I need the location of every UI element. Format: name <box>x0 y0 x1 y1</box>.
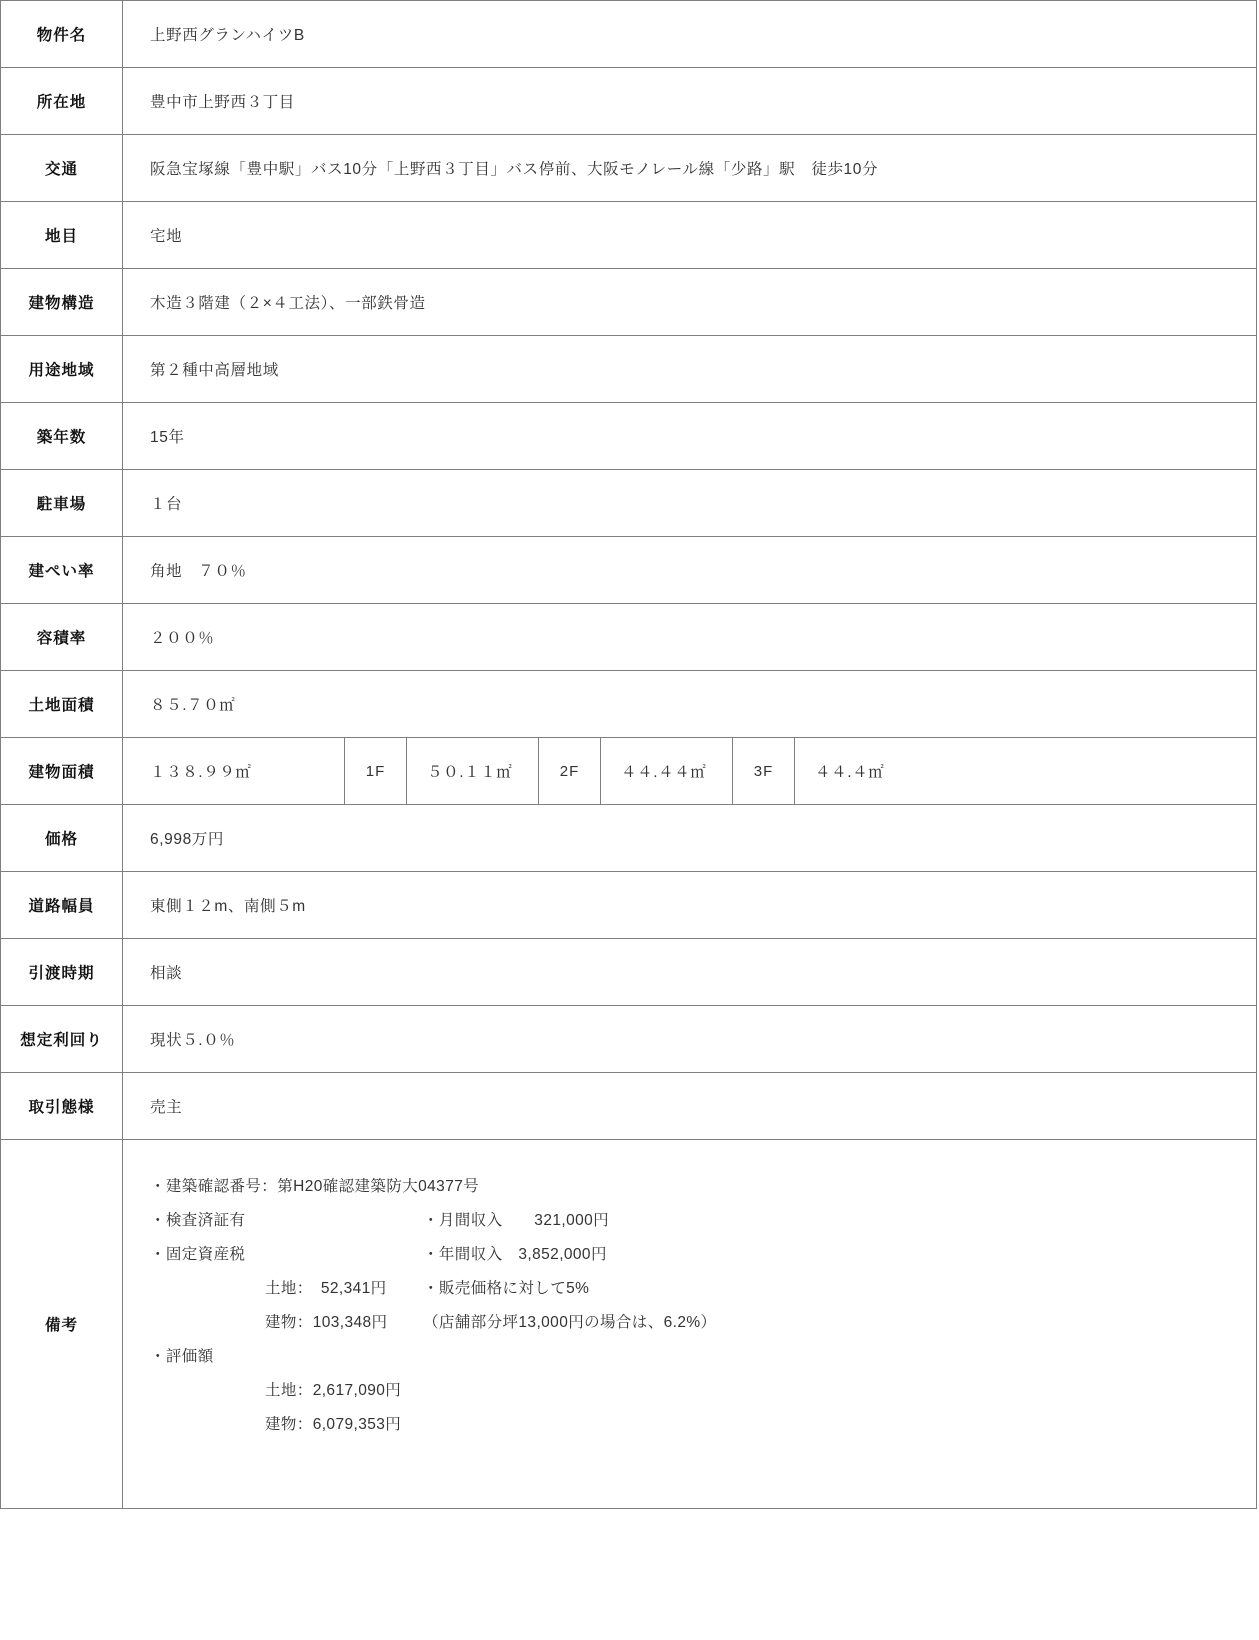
table-row-coverage-ratio: 建ぺい率 角地 ７０％ <box>1 537 1256 604</box>
remark-right: （店舗部分坪13,000円の場合は、6.2%） <box>423 1306 1240 1340</box>
table-row-building-area: 建物面積 １３８.９９㎡ 1F ５０.１１㎡ 2F ４４.４４㎡ 3F ４４.４… <box>1 738 1256 805</box>
row-label: 土地面積 <box>1 671 123 737</box>
row-label: 道路幅員 <box>1 872 123 938</box>
remark-line: 建物：6,079,353円 <box>150 1408 1240 1442</box>
table-row-land-category: 地目 宅地 <box>1 202 1256 269</box>
table-row-building-age: 築年数 15年 <box>1 403 1256 470</box>
floor-area-3f: ４４.４㎡ <box>795 738 1256 804</box>
row-label: 建物面積 <box>1 738 123 804</box>
table-row-remarks: 備考 ・建築確認番号：第H20確認建築防大04377号 ・検査済証有 ・月間収入… <box>1 1140 1256 1508</box>
floor-label-3f: 3F <box>733 738 795 804</box>
row-value: 15年 <box>123 403 1256 469</box>
remarks-content: ・建築確認番号：第H20確認建築防大04377号 ・検査済証有 ・月間収入 32… <box>123 1140 1256 1508</box>
row-value: 木造３階建（２×４工法）、一部鉄骨造 <box>123 269 1256 335</box>
row-value: 6,998万円 <box>123 805 1256 871</box>
row-value: ８５.７０㎡ <box>123 671 1256 737</box>
row-label: 建ぺい率 <box>1 537 123 603</box>
remark-line: ・評価額 <box>150 1340 1240 1374</box>
row-label: 地目 <box>1 202 123 268</box>
row-label: 交通 <box>1 135 123 201</box>
remark-left: ・評価額 <box>150 1340 423 1374</box>
remark-line: ・建築確認番号：第H20確認建築防大04377号 <box>150 1170 1240 1204</box>
remark-right <box>423 1408 1240 1442</box>
row-label: 所在地 <box>1 68 123 134</box>
table-row-location: 所在地 豊中市上野西３丁目 <box>1 68 1256 135</box>
table-row-expected-yield: 想定利回り 現状５.０％ <box>1 1006 1256 1073</box>
remark-left: 建物：6,079,353円 <box>150 1408 423 1442</box>
remark-left: 土地： 52,341円 <box>150 1272 423 1306</box>
remark-line: 土地：2,617,090円 <box>150 1374 1240 1408</box>
floor-area-2f: ４４.４４㎡ <box>601 738 733 804</box>
row-label: 価格 <box>1 805 123 871</box>
property-sheet-page: { "table": { "rows": [ { "label": "物件名",… <box>0 0 1259 1640</box>
row-value: 角地 ７０％ <box>123 537 1256 603</box>
row-label: 用途地域 <box>1 336 123 402</box>
table-row-property-name: 物件名 上野西グランハイツB <box>1 1 1256 68</box>
remark-line: 土地： 52,341円 ・販売価格に対して5% <box>150 1272 1240 1306</box>
remark-line: ・検査済証有 ・月間収入 321,000円 <box>150 1204 1240 1238</box>
remark-right <box>423 1374 1240 1408</box>
row-label: 取引態様 <box>1 1073 123 1139</box>
property-table: 物件名 上野西グランハイツB 所在地 豊中市上野西３丁目 交通 阪急宝塚線「豊中… <box>0 0 1257 1509</box>
remark-left: 土地：2,617,090円 <box>150 1374 423 1408</box>
row-value: ２００％ <box>123 604 1256 670</box>
table-row-transaction-type: 取引態様 売主 <box>1 1073 1256 1140</box>
remark-line: ・固定資産税 ・年間収入 3,852,000円 <box>150 1238 1240 1272</box>
floor-label-2f: 2F <box>539 738 601 804</box>
row-label: 物件名 <box>1 1 123 67</box>
remark-right: ・年間収入 3,852,000円 <box>423 1238 1240 1272</box>
remark-right <box>423 1170 1240 1204</box>
row-value: 現状５.０％ <box>123 1006 1256 1072</box>
row-label: 引渡時期 <box>1 939 123 1005</box>
table-row-parking: 駐車場 １台 <box>1 470 1256 537</box>
table-row-transport: 交通 阪急宝塚線「豊中駅」バス10分「上野西３丁目」バス停前、大阪モノレール線「… <box>1 135 1256 202</box>
row-value: 宅地 <box>123 202 1256 268</box>
floor-label-1f: 1F <box>345 738 407 804</box>
row-value: １台 <box>123 470 1256 536</box>
row-value: 上野西グランハイツB <box>123 1 1256 67</box>
row-label: 容積率 <box>1 604 123 670</box>
remark-right: ・月間収入 321,000円 <box>423 1204 1240 1238</box>
remark-left: ・検査済証有 <box>150 1204 423 1238</box>
row-value: 第２種中高層地域 <box>123 336 1256 402</box>
row-value: 相談 <box>123 939 1256 1005</box>
remark-left: 建物：103,348円 <box>150 1306 423 1340</box>
row-value: 売主 <box>123 1073 1256 1139</box>
table-row-floor-area-ratio: 容積率 ２００％ <box>1 604 1256 671</box>
row-label: 駐車場 <box>1 470 123 536</box>
remark-line: 建物：103,348円 （店舗部分坪13,000円の場合は、6.2%） <box>150 1306 1240 1340</box>
table-row-structure: 建物構造 木造３階建（２×４工法）、一部鉄骨造 <box>1 269 1256 336</box>
row-value: 東側１２m、南側５m <box>123 872 1256 938</box>
row-value: 豊中市上野西３丁目 <box>123 68 1256 134</box>
remark-right <box>423 1340 1240 1374</box>
table-row-road-width: 道路幅員 東側１２m、南側５m <box>1 872 1256 939</box>
table-row-price: 価格 6,998万円 <box>1 805 1256 872</box>
floor-area-1f: ５０.１１㎡ <box>407 738 539 804</box>
building-area-total: １３８.９９㎡ <box>123 738 345 804</box>
table-row-land-area: 土地面積 ８５.７０㎡ <box>1 671 1256 738</box>
row-label: 備考 <box>1 1140 123 1508</box>
table-row-handover: 引渡時期 相談 <box>1 939 1256 1006</box>
row-label: 築年数 <box>1 403 123 469</box>
row-label: 建物構造 <box>1 269 123 335</box>
remark-right: ・販売価格に対して5% <box>423 1272 1240 1306</box>
row-label: 想定利回り <box>1 1006 123 1072</box>
table-row-zoning: 用途地域 第２種中高層地域 <box>1 336 1256 403</box>
remark-left: ・建築確認番号：第H20確認建築防大04377号 <box>150 1170 423 1204</box>
row-value: 阪急宝塚線「豊中駅」バス10分「上野西３丁目」バス停前、大阪モノレール線「少路」… <box>123 135 1256 201</box>
remark-left: ・固定資産税 <box>150 1238 423 1272</box>
